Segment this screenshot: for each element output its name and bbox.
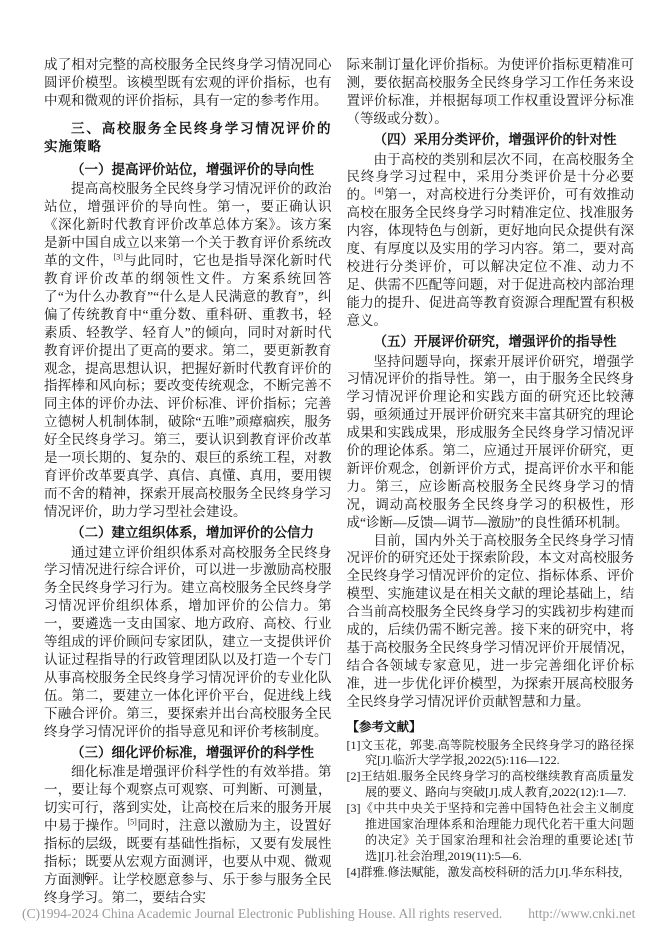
references-section: 【参考文献】 [1]文玉花，郭斐.高等院校服务全民终身学习的路径探究[J].临沂… (347, 720, 635, 881)
copyright-text: (C)1994-2024 China Academic Journal Elec… (22, 906, 502, 921)
section-heading-line2: 实施策略 (44, 138, 332, 156)
reference-item: [4]群雅.修法赋能，激发高校科研的活力[J].华东科技, (347, 865, 635, 881)
reference-item: [3]《中共中央关于坚持和完善中国特色社会主义制度 推进国家治理体系和治理能力现… (347, 801, 635, 865)
paragraph-text: 第一，对高校进行分类评价，可有效推动高校在服务全民终身学习时精准定位、找准服务内… (347, 187, 635, 327)
two-column-text: 成了相对完整的高校服务全民终身学习情况同心圆评价模型。该模型既有宏观的评价指标，… (44, 56, 634, 907)
right-column: 际来制订量化评价指标。为使评价指标更精准可测，要依据高校服务全民终身学习工作任务… (347, 56, 635, 907)
paragraph: 由于高校的类别和层次不同，在高校服务全民终身学习过程中，采用分类评价是十分必要的… (347, 151, 635, 330)
subsection-heading-2: （二）建立组织体系，增加评价的公信力 (44, 524, 332, 542)
paragraph-continuation: 际来制订量化评价指标。为使评价指标更精准可测，要依据高校服务全民终身学习工作任务… (347, 56, 635, 128)
paragraph: 目前，国内外关于高校服务全民终身学习情况评价的研究还处于探索阶段，本文对高校服务… (347, 532, 635, 711)
subsection-heading-3: （三）细化评价标准，增强评价的科学性 (44, 744, 332, 762)
paragraph: 坚持问题导向，探索开展评价研究，增强学习情况评价的指导性。第一，由于服务全民终身… (347, 353, 635, 532)
subsection-heading-4: （四）采用分类评价，增强评价的针对性 (347, 131, 635, 149)
page-number: 6 (84, 869, 91, 885)
references-title: 【参考文献】 (347, 720, 635, 736)
reference-item: [2]王结姐.服务全民终身学习的高校继续教育高质量发展的要义、路向与突破[J].… (347, 769, 635, 801)
citation-marker: [5] (127, 818, 136, 827)
reference-item: [1]文玉花，郭斐.高等院校服务全民终身学习的路径探究[J].临沂大学学报,20… (347, 738, 635, 770)
citation-marker: [3] (114, 253, 123, 262)
paragraph: 提高高校服务全民终身学习情况评价的政治站位，增强评价的导向性。第一，要正确认识《… (44, 180, 332, 520)
paragraph-continuation: 成了相对完整的高校服务全民终身学习情况同心圆评价模型。该模型既有宏观的评价指标，… (44, 56, 332, 110)
left-column: 成了相对完整的高校服务全民终身学习情况同心圆评价模型。该模型既有宏观的评价指标，… (44, 56, 332, 907)
subsection-heading-5: （五）开展评价研究，增强评价的指导性 (347, 333, 635, 351)
paragraph: 细化标准是增强评价科学性的有效举措。第一，要让每个观察点可观察、可判断、可测量，… (44, 763, 332, 906)
section-heading-line1: 三、高校服务全民终身学习情况评价的 (44, 120, 332, 138)
citation-marker: [4] (374, 187, 383, 196)
journal-page: 成了相对完整的高校服务全民终身学习情况同心圆评价模型。该模型既有宏观的评价指标，… (0, 0, 663, 941)
cnki-url: http://www.cnki.net (528, 906, 635, 921)
paragraph: 通过建立评价组织体系对高校服务全民终身学习情况进行综合评价，可以进一步激励高校服… (44, 544, 332, 741)
paragraph-text: 与此同时，它也是指导深化新时代教育评价改革的纲领性文件。方案系统回答了“为什么办… (44, 253, 332, 519)
subsection-heading-1: （一）提高评价站位，增强评价的导向性 (44, 161, 332, 179)
cnki-footer: (C)1994-2024 China Academic Journal Elec… (22, 906, 652, 922)
